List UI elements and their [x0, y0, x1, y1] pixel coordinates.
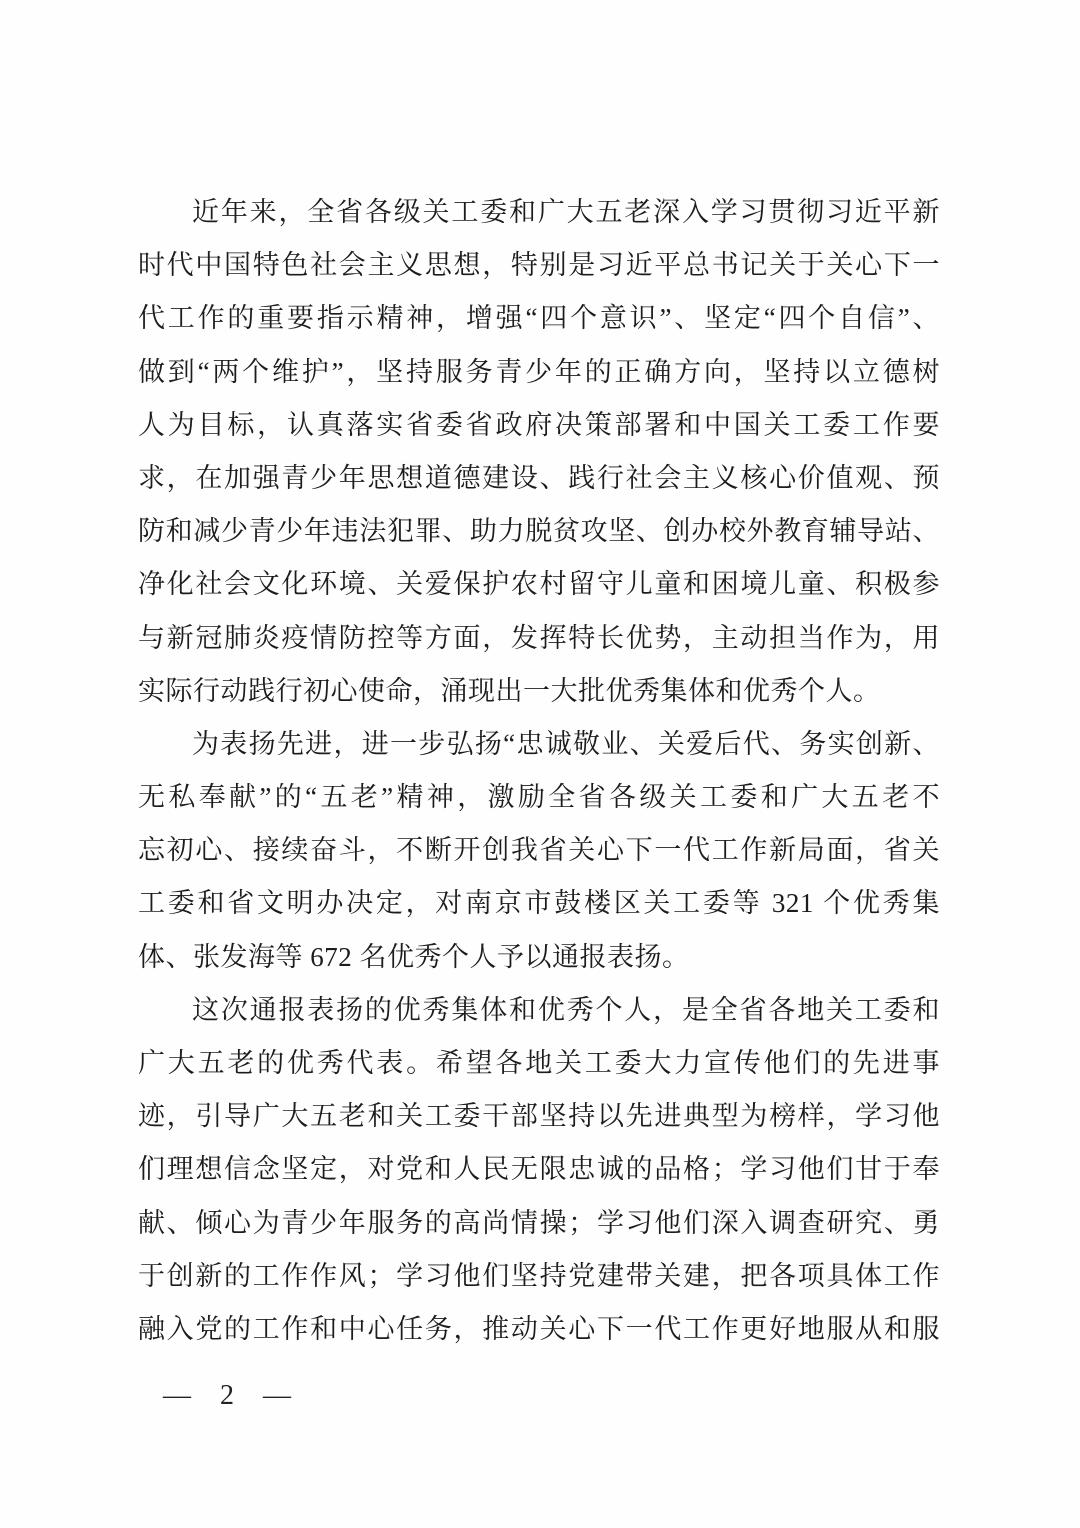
text-line: 人为目标，认真落实省委省政府决策部署和中国关工委工作要	[138, 399, 940, 452]
text-line: 广大五老的优秀代表。希望各地关工委大力宣传他们的先进事	[138, 1037, 940, 1090]
text-line: 做到“两个维护”，坚持服务青少年的正确方向，坚持以立德树	[138, 346, 940, 399]
text-line: 与新冠肺炎疫情防控等方面，发挥特长优势，主动担当作为，用	[138, 612, 940, 665]
text-line: 净化社会文化环境、关爱保护农村留守儿童和困境儿童、积极参	[138, 558, 940, 611]
page-number: — 2 —	[163, 1369, 299, 1422]
text-line: 这次通报表扬的优秀集体和优秀个人，是全省各地关工委和	[138, 984, 940, 1037]
text-line: 融入党的工作和中心任务，推动关心下一代工作更好地服从和服	[138, 1303, 940, 1356]
text-line: 献、倾心为青少年服务的高尚情操；学习他们深入调查研究、勇	[138, 1197, 940, 1250]
text-line: 时代中国特色社会主义思想，特别是习近平总书记关于关心下一	[138, 239, 940, 292]
text-line: 实际行动践行初心使命，涌现出一大批优秀集体和优秀个人。	[138, 665, 940, 718]
document-page: 近年来，全省各级关工委和广大五老深入学习贯彻习近平新时代中国特色社会主义思想，特…	[0, 0, 1080, 1528]
text-line: 为表扬先进，进一步弘扬“忠诚敬业、关爱后代、务实创新、	[138, 718, 940, 771]
text-line: 无私奉献”的“五老”精神，激励全省各级关工委和广大五老不	[138, 771, 940, 824]
text-line: 防和减少青少年违法犯罪、助力脱贫攻坚、创办校外教育辅导站、	[138, 505, 940, 558]
text-line: 于创新的工作作风；学习他们坚持党建带关建，把各项具体工作	[138, 1250, 940, 1303]
text-line: 忘初心、接续奋斗，不断开创我省关心下一代工作新局面，省关	[138, 824, 940, 877]
text-line: 近年来，全省各级关工委和广大五老深入学习贯彻习近平新	[138, 186, 940, 239]
text-line: 体、张发海等 672 名优秀个人予以通报表扬。	[138, 931, 940, 984]
text-line: 们理想信念坚定，对党和人民无限忠诚的品格；学习他们甘于奉	[138, 1143, 940, 1196]
text-line: 工委和省文明办决定，对南京市鼓楼区关工委等 321 个优秀集	[138, 877, 940, 930]
document-body: 近年来，全省各级关工委和广大五老深入学习贯彻习近平新时代中国特色社会主义思想，特…	[138, 186, 940, 1356]
text-line: 代工作的重要指示精神，增强“四个意识”、坚定“四个自信”、	[138, 292, 940, 345]
text-line: 求，在加强青少年思想道德建设、践行社会主义核心价值观、预	[138, 452, 940, 505]
text-line: 迹，引导广大五老和关工委干部坚持以先进典型为榜样，学习他	[138, 1090, 940, 1143]
